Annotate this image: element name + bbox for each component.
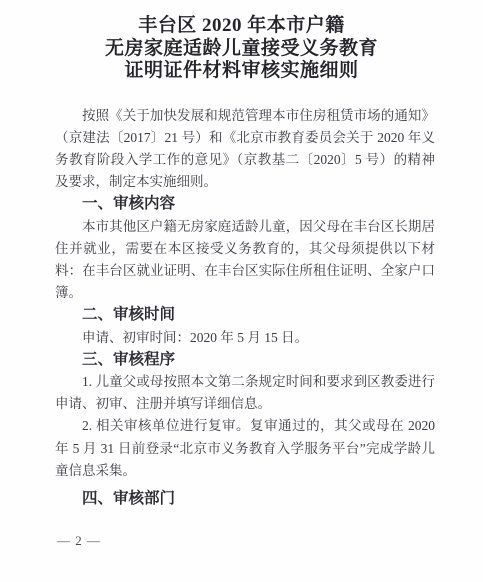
intro-paragraph: 按照《关于加快发展和规范管理本市住房租赁市场的通知》（京建法〔2017〕21 号… [55,105,435,194]
title-line-3: 证明证件材料审核实施细则 [0,60,483,83]
document-page: 丰台区 2020 年本市户籍 无房家庭适龄儿童接受义务教育 证明证件材料审核实施… [0,0,483,582]
document-title: 丰台区 2020 年本市户籍 无房家庭适龄儿童接受义务教育 证明证件材料审核实施… [0,0,483,83]
section-4-heading: 四、审核部门 [55,488,435,510]
title-line-1: 丰台区 2020 年本市户籍 [0,15,483,38]
section-1-paragraph-1: 本市其他区户籍无房家庭适龄儿童，因父母在丰台区长期居住并就业，需要在本区接受义务… [55,216,435,305]
section-2-heading: 二、审核时间 [55,304,435,326]
section-3-paragraph-1: 1. 儿童父或母按照本文第二条规定时间和要求到区教委进行申请、初审、注册并填写详… [55,371,435,415]
section-3-heading: 三、审核程序 [55,349,435,371]
title-line-2: 无房家庭适龄儿童接受义务教育 [0,38,483,61]
section-2-paragraph-1: 申请、初审时间：2020 年 5 月 15 日。 [55,327,435,349]
section-3-paragraph-2: 2. 相关审核单位进行复审。复审通过的，其父或母在 2020 年 5 月 31 … [55,415,435,482]
page-number: — 2 — [57,533,101,549]
document-body: 按照《关于加快发展和规范管理本市住房租赁市场的通知》（京建法〔2017〕21 号… [55,105,435,511]
section-1-heading: 一、审核内容 [55,193,435,215]
